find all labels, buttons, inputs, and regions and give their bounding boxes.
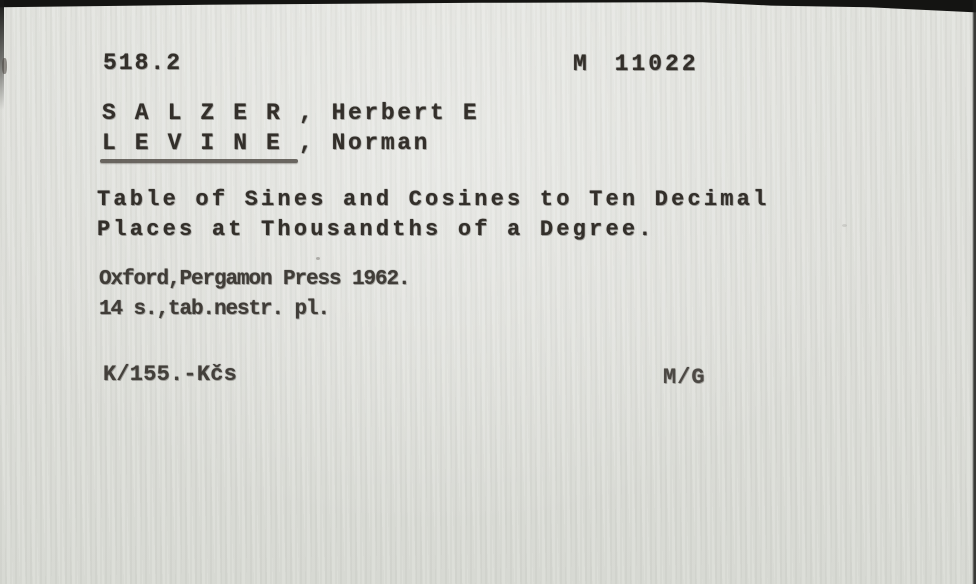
catalog-card: 518.2 M 11022 S A L Z E R , Herbert E L …: [0, 0, 976, 584]
collation-line: 14 s.,tab.nestr. pl.: [99, 299, 329, 320]
title-line-2: Places at Thousandths of a Degree.: [97, 219, 655, 241]
ink-speck: [842, 224, 847, 227]
author-line-primary: S A L Z E R , Herbert E: [102, 102, 479, 125]
accession-number: M 11022: [573, 53, 699, 76]
ink-speck: [316, 257, 320, 260]
imprint-line: Oxford,Pergamon Press 1962.: [99, 269, 410, 290]
scan-edge-right: [972, 0, 976, 584]
title-line-1: Table of Sines and Cosines to Ten Decima…: [97, 189, 770, 211]
author-underline: [100, 159, 298, 163]
scan-edge-left: [0, 0, 4, 110]
price-note: K/155.-Kčs: [103, 364, 237, 386]
cataloguer-marks: M/G: [663, 367, 706, 389]
scan-edge-top: [0, 0, 976, 14]
classification-number: 518.2: [103, 52, 182, 75]
scan-blemish: [2, 58, 7, 74]
author-line-secondary: L E V I N E , Norman: [102, 132, 430, 155]
